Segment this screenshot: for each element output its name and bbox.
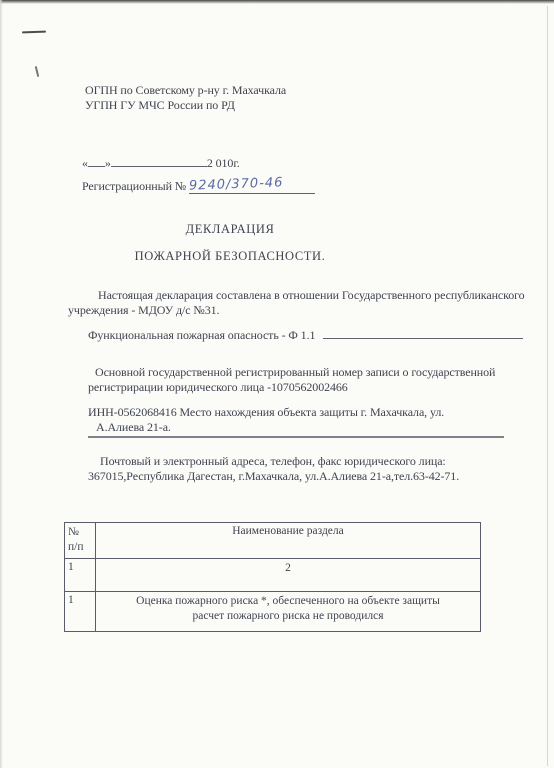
inn-line-2: А.Алиева 21-а. <box>96 420 171 435</box>
date-month-blank <box>111 154 207 167</box>
agency-line-2: УГПН ГУ МЧС России по РД <box>85 98 286 113</box>
title-line-2: ПОЖАРНОЙ БЕЗОПАСНОСТИ. <box>0 249 460 264</box>
contact-line-2: 367015,Республика Дагестан, г.Махачкала,… <box>88 469 459 484</box>
declaration-paragraph-line-1: Настоящая декларация составлена в отноше… <box>98 288 525 303</box>
pen-tick-mark <box>35 66 40 77</box>
row-content-line-1: Оценка пожарного риска *, обеспеченного … <box>99 594 477 609</box>
document-title: ДЕКЛАРАЦИЯ ПОЖАРНОЙ БЕЗОПАСНОСТИ. <box>0 222 460 264</box>
agency-header: ОГПН по Советскому р-ну г. Махачкала УГП… <box>85 83 286 113</box>
row-num-cell: 1 <box>65 592 96 632</box>
registration-label: Регистрационный № <box>82 179 186 193</box>
scan-right-edge <box>547 6 548 766</box>
table-header-section-cell: Наименование раздела <box>96 523 481 559</box>
inn-line-1: ИНН-0562068416 Место нахождения объекта … <box>88 405 444 420</box>
header-num-line-2: п/п <box>68 540 92 555</box>
functional-hazard-line: Функциональная пожарная опасность - Ф 1.… <box>88 326 523 343</box>
date-day-blank <box>88 154 105 167</box>
row-content-cell: Оценка пожарного риска *, обеспеченного … <box>96 592 481 632</box>
title-line-1: ДЕКЛАРАЦИЯ <box>0 222 460 237</box>
functional-hazard-blank <box>323 326 523 339</box>
scan-left-edge <box>0 0 3 768</box>
ogrn-line-1: Основной государственной регистрированны… <box>95 365 495 380</box>
ogrn-line-2: регистрирации юридического лица -1070562… <box>88 380 348 395</box>
row-num-cell: 1 <box>65 559 96 592</box>
scan-top-edge <box>0 0 554 4</box>
header-num-line-1: № <box>68 525 92 540</box>
contact-line-1: Почтовый и электронный адреса, телефон, … <box>100 454 446 469</box>
row-content-line-2: расчет пожарного риска не проводился <box>99 609 477 624</box>
separator-rule <box>88 436 504 438</box>
scanned-declaration-page: ОГПН по Советскому р-ну г. Махачкала УГП… <box>0 0 554 768</box>
sections-table: № п/п Наименование раздела 1 2 1 Оценка … <box>64 522 481 632</box>
row-content-line-1: 2 <box>99 561 477 576</box>
table-header-row: № п/п Наименование раздела <box>65 523 481 559</box>
row-content-cell: 2 <box>96 559 481 592</box>
registration-number-blank: 9240/370-46 <box>189 179 315 194</box>
registration-number-handwritten: 9240/370-46 <box>189 175 284 193</box>
date-line: «»2 010г. <box>82 154 240 171</box>
table-header-num-cell: № п/п <box>65 523 96 559</box>
date-year: 2 010г. <box>207 156 240 170</box>
functional-hazard-label: Функциональная пожарная опасность - Ф 1.… <box>88 328 315 342</box>
agency-line-1: ОГПН по Советскому р-ну г. Махачкала <box>85 83 286 98</box>
table-row: 1 2 <box>65 559 481 592</box>
declaration-paragraph-line-2: учреждения - МДОУ д/с №31. <box>68 303 219 318</box>
registration-line: Регистрационный № 9240/370-46 <box>82 179 315 194</box>
pen-dash-mark <box>22 31 46 34</box>
table-row: 1 Оценка пожарного риска *, обеспеченног… <box>65 592 481 632</box>
